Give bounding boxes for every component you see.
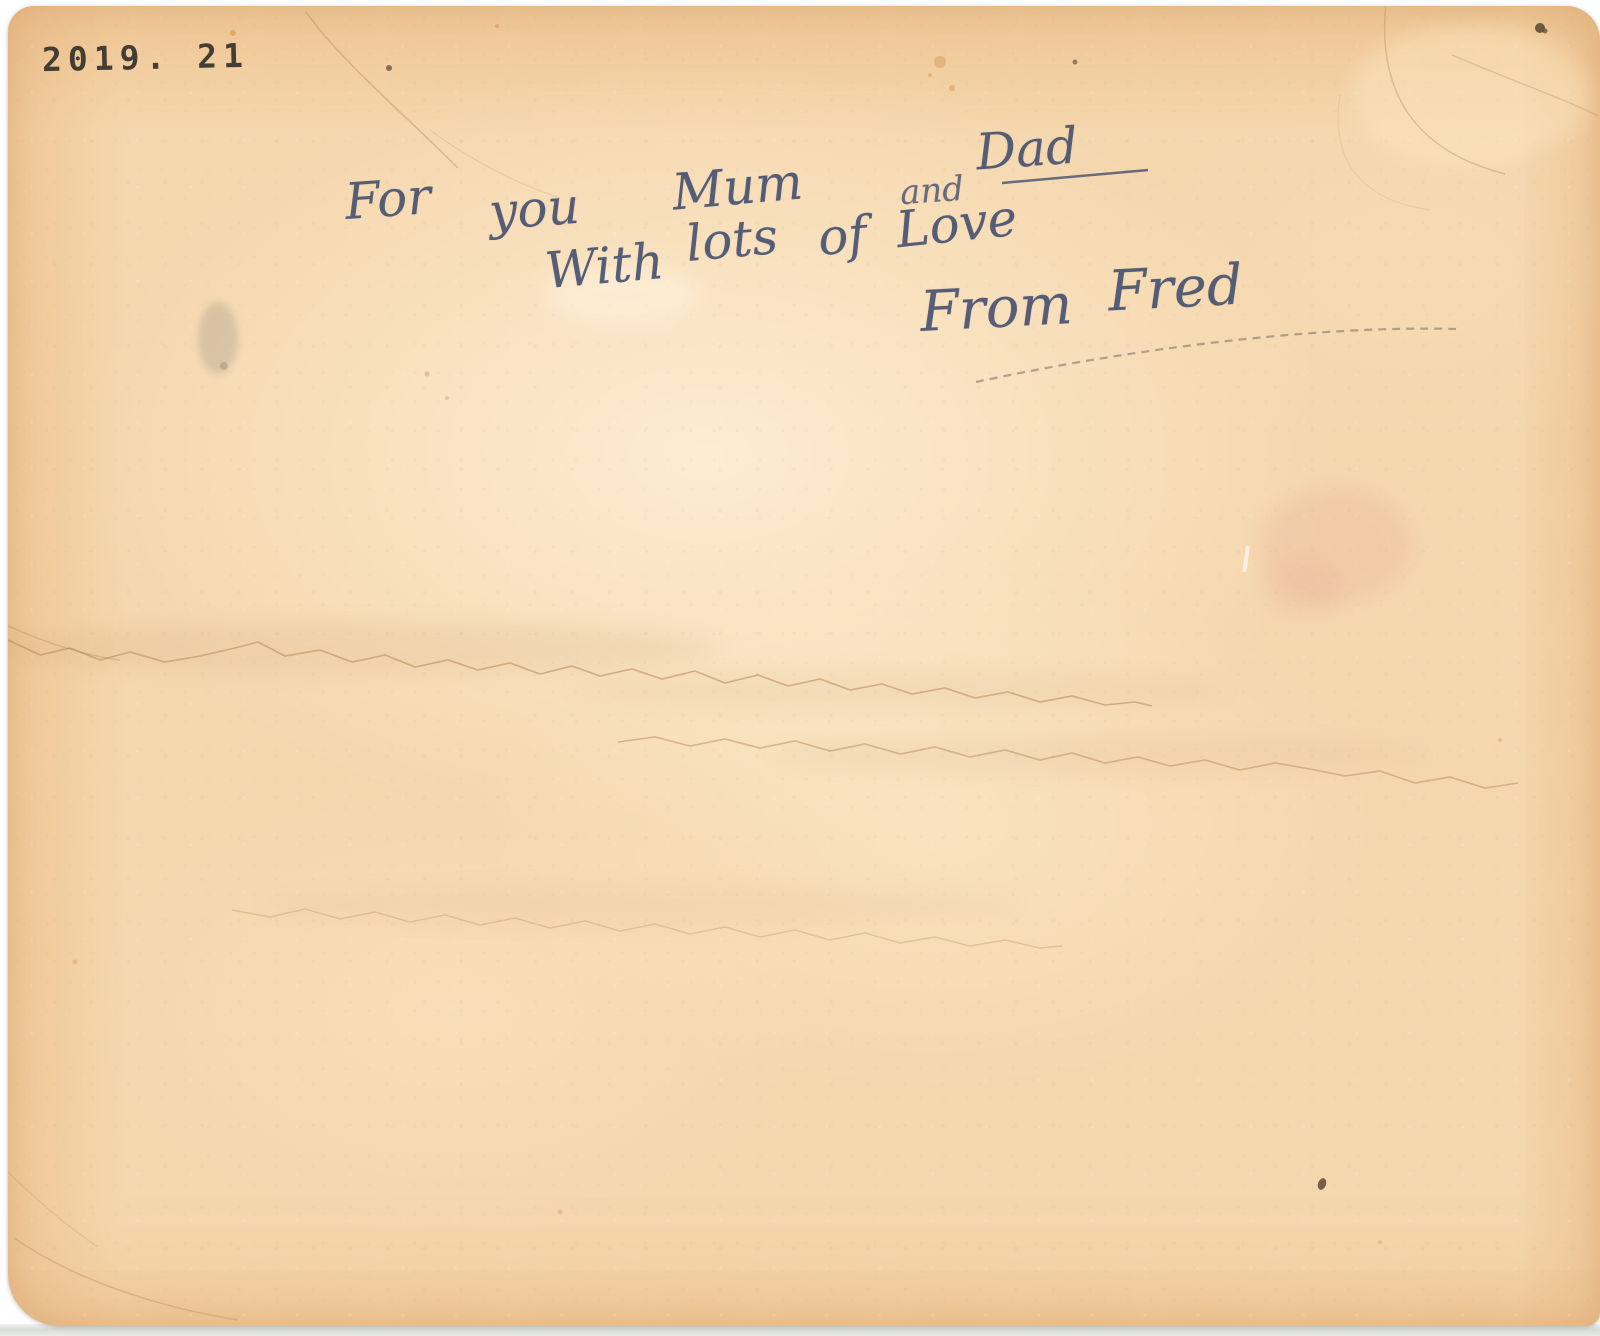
stain-line — [8, 640, 1152, 706]
word-love: Love — [894, 189, 1021, 259]
stain-line — [232, 909, 1062, 948]
catalog-number: 2019. 21 — [42, 36, 250, 79]
inscription-line-2: WithlotsofLove — [545, 195, 1017, 253]
inscription-line-3: FromFred — [920, 262, 1243, 327]
word-fred: Fred — [1107, 253, 1245, 325]
crease — [8, 1168, 98, 1247]
card-back: 2019. 21 ForyouMumandDad WithlotsofLove … — [8, 6, 1600, 1326]
crease — [1338, 95, 1430, 210]
word-with: With — [543, 232, 666, 300]
scan-canvas: 2019. 21 ForyouMumandDad WithlotsofLove … — [0, 0, 1600, 1336]
stain-line — [618, 737, 1518, 788]
word-of: of — [815, 205, 868, 267]
water-stain-lines — [8, 626, 1518, 948]
crease — [1385, 6, 1505, 174]
stain-line — [8, 626, 120, 660]
word-for: For — [343, 167, 433, 231]
inscription-line-1: ForyouMumandDad — [345, 130, 1078, 188]
word-dad: Dad — [974, 117, 1080, 182]
word-lots: lots — [683, 207, 780, 273]
crease — [1452, 55, 1598, 116]
crease — [14, 1238, 238, 1320]
word-from: From — [918, 272, 1074, 345]
